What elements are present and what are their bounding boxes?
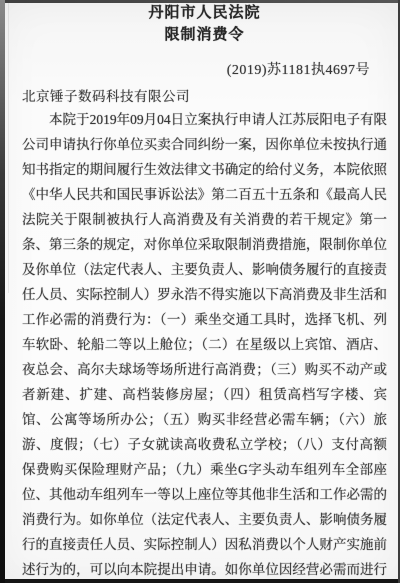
body-line: 任人员、实际控制人）罗永浩不得实施以下高消费及非生活和: [22, 282, 387, 307]
body-line: 馆、公寓等场所办公；（五）购买非经营必需车辆；（六）旅: [22, 407, 387, 432]
body-line: 条、第三条的规定，对你单位采取限制消费措施，限制你单位: [22, 232, 387, 257]
body-line: 公司申请执行你单位买卖合同纠纷一案，因你单位未按执行通: [22, 132, 387, 157]
photo-edge-left: [0, 0, 5, 583]
document-photo: 丹阳市人民法院 限制消费令 (2019)苏1181执4697号 北京锤子数码科技…: [0, 0, 400, 583]
document-body: 本院于2019年09月04日立案执行申请人江苏辰阳电子有限公司申请执行你单位买卖…: [22, 107, 387, 582]
body-line: 及你单位（法定代表人、主要负责人、影响债务履行的直接责: [22, 257, 387, 282]
body-line: 车软卧、轮船二等以上舱位；（二）在星级以上宾馆、酒店、: [22, 332, 387, 357]
photo-edge-bottom: [0, 579, 400, 583]
body-line: 位、其他动车组列车一等以上座位等其他非生活和工作必需的: [22, 482, 387, 507]
body-line: 本院于2019年09月04日立案执行申请人江苏辰阳电子有限: [22, 107, 387, 132]
consumption-restriction-order: 丹阳市人民法院 限制消费令 (2019)苏1181执4697号 北京锤子数码科技…: [0, 0, 400, 583]
body-line: 知书指定的期间履行生效法律文书确定的给付义务，本院依照: [22, 157, 387, 182]
body-line: 《中华人民共和国民事诉讼法》第二百五十五条和《最高人民: [22, 182, 387, 207]
photo-edge-top: [0, 0, 400, 3]
body-line: 者新建、扩建、高档装修房屋；（四）租赁高档写字楼、宾: [22, 382, 387, 407]
addressee-company: 北京锤子数码科技有限公司: [22, 87, 387, 107]
body-line: 法院关于限制被执行人高消费及有关消费的若干规定》第一: [22, 207, 387, 232]
body-line: 消费行为。如你单位（法定代表人、主要负责人、影响债务履: [22, 507, 387, 532]
body-line: 保费购买保险理财产品；（九）乘坐G字头动车组列车全部座: [22, 457, 387, 482]
body-line: 工作必需的消费行为：（一）乘坐交通工具时，选择飞机、列: [22, 307, 387, 332]
case-number: (2019)苏1181执4697号: [22, 61, 387, 81]
body-line: 夜总会、高尔夫球场等场所进行高消费；（三）购买不动产或: [22, 357, 387, 382]
body-line: 游、度假；（七）子女就读高收费私立学校；（八）支付高额: [22, 432, 387, 457]
body-line: 行的直接责任人员、实际控制人）因私消费以个人财产实施前: [22, 532, 387, 557]
court-name: 丹阳市人民法院: [22, 3, 387, 24]
document-title: 限制消费令: [22, 24, 387, 46]
